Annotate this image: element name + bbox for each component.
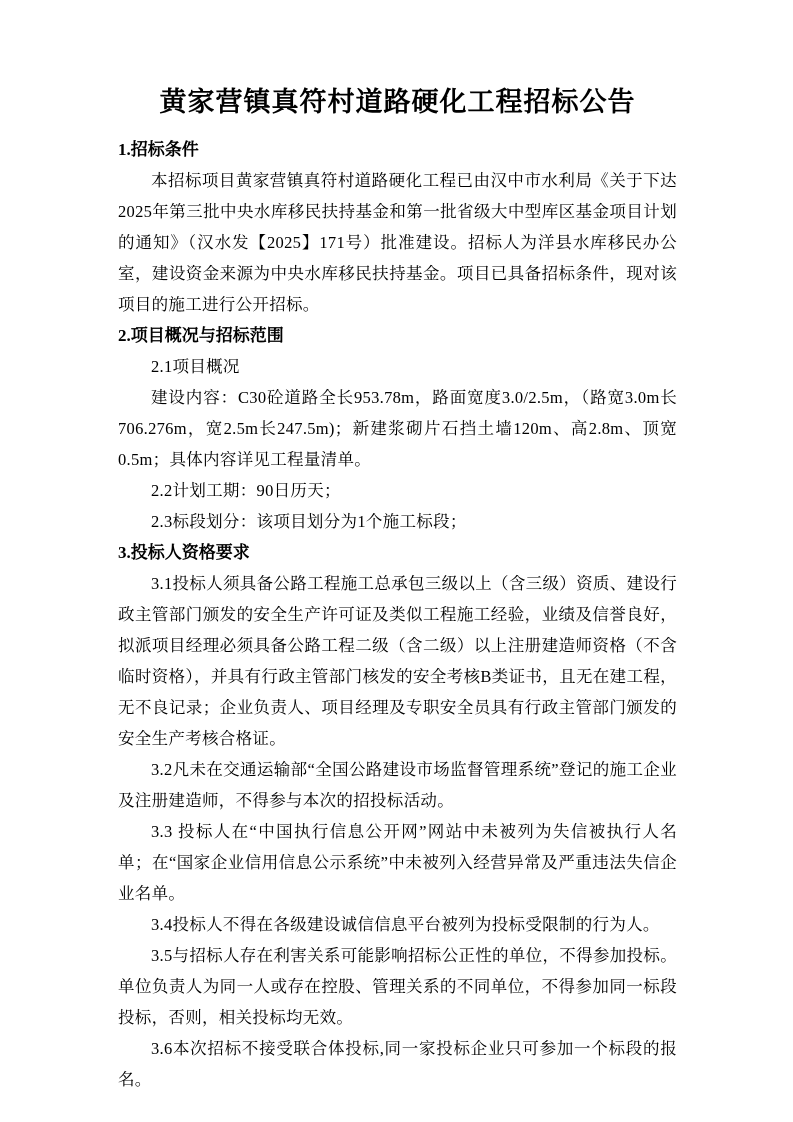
paragraph-3-6: 3.6本次招标不接受联合体投标,同一家投标企业只可参加一个标段的报名。 [118, 1033, 677, 1095]
paragraph-3-4: 3.4投标人不得在各级建设诚信信息平台被列为投标受限制的行为人。 [118, 909, 677, 940]
paragraph-2-1: 2.1项目概况 [118, 351, 677, 382]
section-bidder-qualifications: 3.投标人资格要求 3.1投标人须具备公路工程施工总承包三级以上（含三级）资质、… [118, 537, 677, 1095]
document-page: 1.招标条件 黄家营镇真符村道路硬化工程招标公告 1.招标条件 本招标项目黄家营… [0, 0, 793, 1122]
paragraph-2-3: 2.2计划工期：90日历天； [118, 475, 677, 506]
section-tender-conditions: 1.招标条件 本招标项目黄家营镇真符村道路硬化工程已由汉中市水利局《关于下达20… [118, 134, 677, 320]
paragraph-3-1: 3.1投标人须具备公路工程施工总承包三级以上（含三级）资质、建设行政主管部门颁发… [118, 568, 677, 754]
section-heading-1: 1.招标条件 [118, 134, 677, 165]
paragraph-3-3: 3.3 投标人在“中国执行信息公开网”网站中未被列为失信被执行人名单；在“国家企… [118, 816, 677, 909]
paragraph-2-4: 2.3标段划分：该项目划分为1个施工标段； [118, 506, 677, 537]
section-heading-2: 2.项目概况与招标范围 [118, 320, 677, 351]
paragraph-3-2: 3.2凡未在交通运输部“全国公路建设市场监督管理系统”登记的施工企业及注册建造师… [118, 754, 677, 816]
page-title: 黄家营镇真符村道路硬化工程招标公告 [118, 84, 677, 120]
section-heading-3: 3.投标人资格要求 [118, 537, 677, 568]
paragraph-3-5: 3.5与招标人存在利害关系可能影响招标公正性的单位，不得参加投标。单位负责人为同… [118, 940, 677, 1033]
paragraph-2-2: 建设内容：C30砼道路全长953.78m，路面宽度3.0/2.5m，（路宽3.0… [118, 382, 677, 475]
section-project-overview: 2.项目概况与招标范围 2.1项目概况 建设内容：C30砼道路全长953.78m… [118, 320, 677, 537]
paragraph-1-1: 本招标项目黄家营镇真符村道路硬化工程已由汉中市水利局《关于下达2025年第三批中… [118, 165, 677, 320]
